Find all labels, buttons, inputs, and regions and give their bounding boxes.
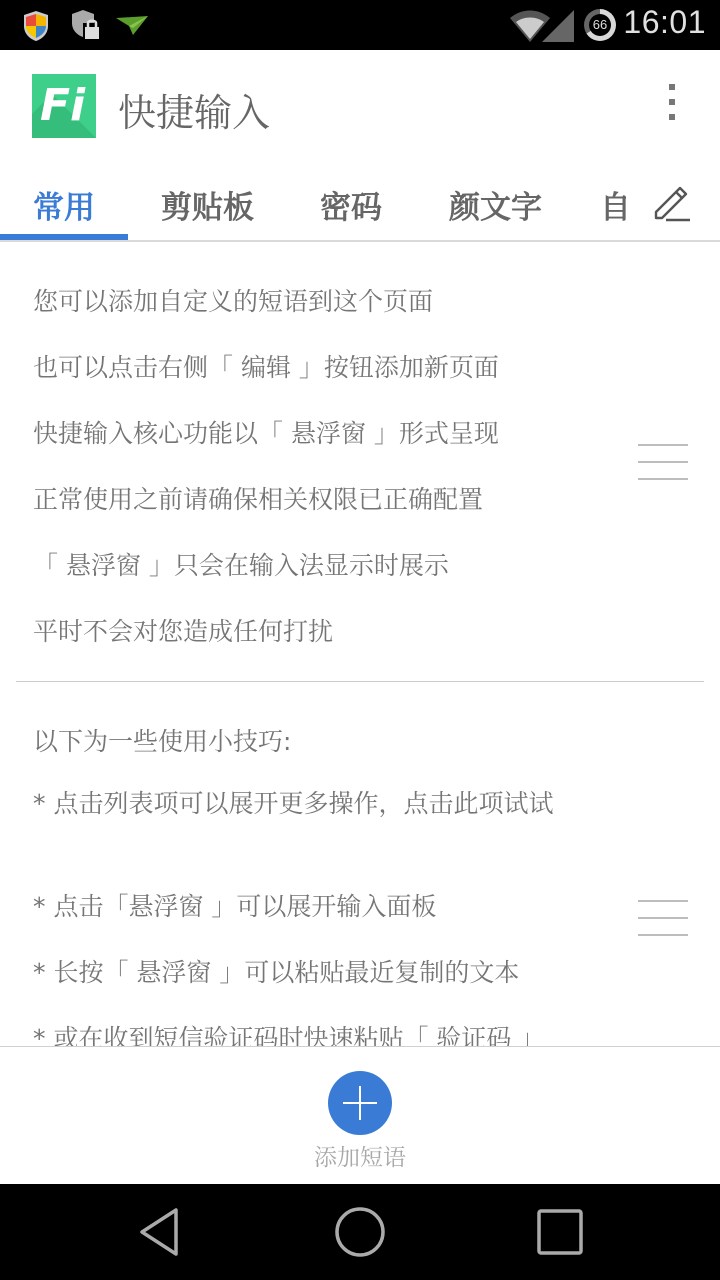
battery-icon: 66 bbox=[584, 9, 616, 41]
tab-common[interactable]: 常用 bbox=[33, 182, 95, 227]
cell-signal-icon bbox=[542, 8, 576, 42]
drag-handle-icon[interactable] bbox=[638, 900, 688, 936]
app-bar: Fi 快捷输入 bbox=[0, 50, 720, 160]
paper-plane-icon bbox=[115, 14, 149, 36]
add-phrase-area: 添加短语 bbox=[0, 1046, 720, 1184]
tab-password[interactable]: 密码 bbox=[320, 182, 382, 227]
list-item-line: 也可以点击右侧「 编辑 」按钮添加新页面 bbox=[33, 348, 499, 384]
tab-bar: 常用 剪贴板 密码 颜文字 自 bbox=[0, 160, 720, 242]
list-item-line: 您可以添加自定义的短语到这个页面 bbox=[33, 282, 433, 318]
battery-level: 66 bbox=[589, 14, 611, 36]
divider bbox=[16, 681, 704, 682]
tab-clipboard[interactable]: 剪贴板 bbox=[161, 182, 254, 227]
tab-custom-partial[interactable]: 自 bbox=[600, 182, 626, 222]
phrase-list: 您可以添加自定义的短语到这个页面 也可以点击右侧「 编辑 」按钮添加新页面 快捷… bbox=[0, 242, 720, 1046]
add-phrase-label[interactable]: 添加短语 bbox=[0, 1139, 720, 1172]
tab-indicator bbox=[0, 234, 128, 240]
list-item-line: 快捷输入核心功能以「 悬浮窗 」形式呈现 bbox=[33, 414, 499, 450]
app-title: 快捷输入 bbox=[118, 82, 270, 137]
pencil-icon[interactable] bbox=[650, 182, 694, 226]
clock: 16:01 bbox=[623, 4, 706, 41]
list-item-line: 正常使用之前请确保相关权限已正确配置 bbox=[33, 480, 483, 516]
tab-emoticon[interactable]: 颜文字 bbox=[449, 182, 542, 227]
back-icon[interactable] bbox=[128, 1202, 188, 1262]
home-icon[interactable] bbox=[330, 1202, 390, 1262]
list-item-line: * 长按「 悬浮窗 」可以粘贴最近复制的文本 bbox=[33, 953, 519, 989]
list-item-line: 平时不会对您造成任何打扰 bbox=[33, 612, 333, 648]
add-phrase-button[interactable] bbox=[328, 1071, 392, 1135]
navigation-bar bbox=[0, 1184, 720, 1280]
shield-icon bbox=[22, 10, 50, 42]
list-item-line: 「 悬浮窗 」只会在输入法显示时展示 bbox=[33, 546, 449, 582]
more-vert-icon[interactable] bbox=[660, 84, 684, 128]
app-logo-text: Fi bbox=[40, 80, 85, 131]
shield-lock-icon bbox=[70, 9, 102, 41]
app-logo: Fi bbox=[32, 74, 96, 138]
list-item-line: * 或在收到短信验证码时快速粘贴「 验证码 」 bbox=[33, 1019, 544, 1046]
status-bar: 66 16:01 bbox=[0, 0, 720, 50]
list-item-line: * 点击列表项可以展开更多操作，点击此项试试 bbox=[33, 788, 613, 820]
drag-handle-icon[interactable] bbox=[638, 444, 688, 480]
list-item-line: * 点击「悬浮窗 」可以展开输入面板 bbox=[33, 887, 436, 923]
recents-icon[interactable] bbox=[530, 1202, 590, 1262]
list-item-line: 以下为一些使用小技巧: bbox=[33, 722, 291, 758]
